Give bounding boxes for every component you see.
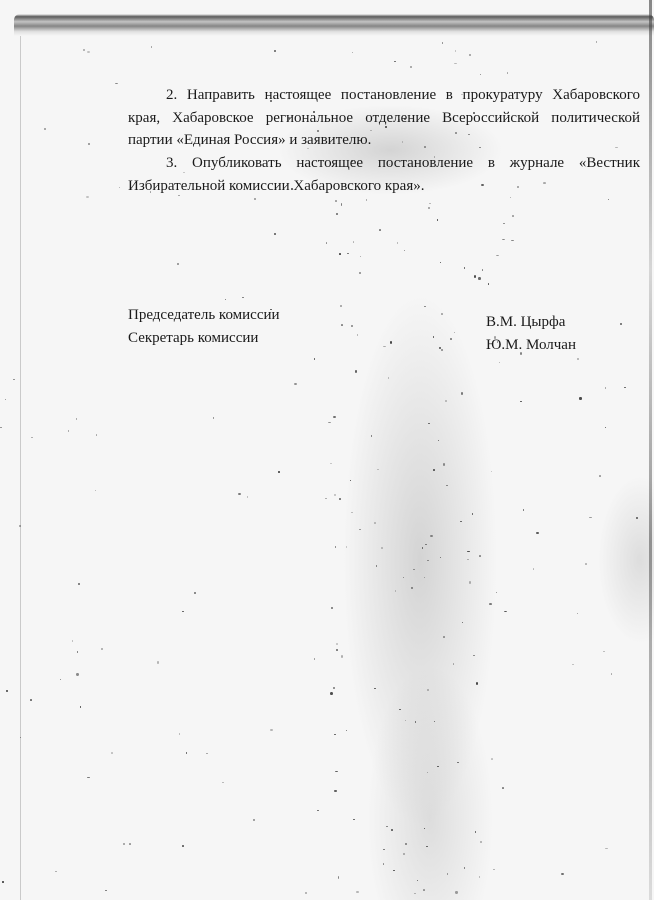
chairman-role-label: Председатель комиссии — [128, 307, 280, 324]
scan-speck — [222, 782, 223, 783]
scan-speck — [405, 720, 406, 722]
scan-speck — [596, 41, 597, 43]
scan-speck — [68, 430, 69, 432]
scan-shadow-band — [14, 14, 654, 36]
scan-speck — [274, 233, 276, 234]
scan-speck — [119, 187, 120, 188]
scan-speck — [383, 346, 385, 347]
scan-speck — [351, 160, 353, 162]
scan-speck — [390, 341, 392, 343]
scan-speck — [388, 377, 390, 379]
scan-speck — [502, 239, 505, 240]
scan-speck — [206, 753, 208, 754]
scan-speck — [336, 649, 338, 650]
scan-speck — [425, 544, 427, 545]
scan-speck — [30, 699, 31, 701]
scan-speck — [225, 299, 226, 300]
scan-speck — [350, 480, 351, 481]
scan-speck — [441, 349, 443, 351]
scan-speck — [359, 529, 361, 530]
scan-speck — [182, 845, 185, 847]
scan-speck — [242, 297, 244, 298]
scan-speck — [475, 831, 477, 833]
scan-speck — [253, 819, 255, 821]
scan-speck — [426, 846, 428, 847]
scan-speck — [620, 323, 622, 325]
scan-speck — [440, 262, 441, 263]
scan-speck — [44, 128, 46, 130]
scan-speck — [494, 336, 496, 338]
scan-speck — [335, 771, 337, 772]
scan-speck — [507, 72, 509, 74]
scan-speck — [355, 370, 357, 372]
scan-speck — [157, 661, 159, 663]
scan-speck — [577, 358, 579, 360]
scan-speck — [473, 655, 475, 656]
scan-speck — [605, 427, 607, 428]
scan-speck — [403, 577, 404, 579]
scan-speck — [440, 557, 441, 558]
scan-speck — [434, 721, 435, 722]
scan-speck — [404, 250, 405, 252]
scan-speck — [599, 475, 600, 477]
scan-speck — [405, 843, 406, 845]
scan-speck — [608, 199, 609, 201]
scan-speck — [472, 513, 474, 515]
scan-speck — [427, 560, 429, 561]
scan-speck — [543, 182, 546, 184]
scan-speck — [504, 611, 506, 612]
scan-speck — [437, 219, 439, 221]
scan-speck — [76, 673, 79, 675]
scan-speck — [502, 787, 504, 789]
scan-speck — [88, 143, 90, 145]
chairman-name: В.М. Цырфа — [486, 314, 565, 331]
scan-speck — [479, 876, 480, 878]
scan-speck — [427, 689, 429, 691]
scan-speck — [433, 469, 435, 471]
scan-speck — [238, 493, 240, 495]
scan-speck — [334, 734, 337, 736]
scan-speck — [336, 643, 338, 645]
scan-speck — [605, 387, 607, 389]
scan-speck — [399, 709, 401, 710]
scan-speck — [414, 893, 416, 895]
scan-speck — [453, 663, 454, 665]
paragraph-line: Избирательной комиссии Хабаровского края… — [128, 175, 640, 198]
scan-speck — [346, 730, 347, 731]
scan-speck — [395, 590, 396, 592]
scan-speck — [377, 469, 379, 470]
scan-speck — [410, 66, 412, 69]
scan-speck — [353, 819, 355, 820]
scan-speck — [520, 352, 522, 355]
scan-speck — [381, 547, 383, 549]
paragraph-line: 3. Опубликовать настоящее постановление … — [128, 152, 640, 175]
scan-speck — [359, 272, 360, 274]
scan-speck — [357, 334, 359, 335]
scan-speck — [330, 463, 332, 465]
scan-speck — [247, 496, 248, 498]
scan-speck — [491, 471, 492, 473]
scan-speck — [340, 305, 342, 307]
paragraph-line: 2. Направить настоящее постановление в п… — [128, 84, 640, 107]
scan-speck — [467, 559, 469, 560]
scan-speck — [464, 867, 466, 869]
scan-speck — [443, 636, 446, 638]
scan-speck — [374, 688, 376, 689]
scan-speck — [457, 762, 459, 763]
scan-speck — [194, 592, 196, 594]
scan-speck — [379, 229, 382, 231]
scan-speck — [415, 721, 416, 724]
scan-speck — [325, 498, 328, 499]
scan-speck — [427, 772, 428, 774]
scan-speck — [536, 532, 538, 534]
scan-speck — [589, 517, 591, 519]
scan-speck — [480, 74, 481, 76]
scan-speck — [333, 416, 335, 418]
scan-speck — [428, 207, 430, 209]
scan-speck — [331, 607, 333, 609]
scan-speck — [636, 517, 638, 519]
scan-speck — [422, 547, 423, 549]
secretary-name: Ю.М. Молчан — [486, 337, 576, 354]
scan-speck — [386, 826, 388, 827]
scan-speck — [488, 283, 489, 285]
scan-speck — [433, 336, 435, 339]
scan-speck — [77, 651, 78, 653]
scan-speck — [96, 434, 97, 436]
scan-right-edge — [649, 0, 652, 900]
scan-speck — [437, 766, 440, 768]
scan-speck — [403, 853, 405, 855]
scan-speck — [178, 195, 179, 196]
scan-speck — [511, 240, 513, 241]
scan-speck — [455, 50, 456, 52]
scan-left-edge — [20, 36, 21, 900]
scan-speck — [445, 400, 447, 402]
scan-speck — [411, 587, 413, 588]
scan-speck — [326, 242, 327, 244]
scan-speck — [424, 146, 426, 147]
scanned-document-page: 2. Направить настоящее постановление в п… — [0, 0, 654, 900]
scan-speck — [123, 843, 125, 845]
scan-speck — [213, 417, 215, 419]
scan-speck — [278, 471, 280, 473]
scan-speck — [294, 383, 297, 385]
scan-speck — [424, 577, 425, 578]
scan-speck — [605, 848, 607, 849]
scan-speck — [461, 392, 463, 394]
scan-speck — [339, 498, 341, 500]
scan-speck — [491, 758, 493, 760]
scan-speck — [177, 263, 179, 265]
scan-speck — [479, 555, 480, 557]
scan-speck — [338, 876, 339, 879]
scan-speck — [105, 890, 107, 892]
scan-speck — [438, 440, 439, 441]
scan-speck — [360, 256, 361, 257]
scan-speck — [469, 54, 471, 56]
scan-speck — [2, 881, 3, 882]
scan-speck — [482, 269, 483, 271]
scan-speck — [78, 583, 80, 584]
scan-speck — [385, 126, 387, 128]
scan-speck — [341, 655, 343, 658]
scan-speck — [86, 196, 88, 198]
scan-speck — [13, 379, 14, 381]
scan-speck — [0, 427, 2, 428]
scan-speck — [19, 525, 21, 528]
scan-speck — [585, 563, 588, 565]
scan-speck — [393, 870, 395, 871]
scan-speck — [424, 306, 426, 307]
scan-speck — [417, 880, 418, 881]
scan-speck — [76, 418, 78, 420]
scan-speck — [334, 790, 336, 791]
scan-speck — [499, 362, 500, 363]
scan-speck — [429, 203, 431, 204]
scan-speck — [335, 546, 336, 548]
scan-speck — [391, 829, 392, 831]
scan-speck — [5, 399, 6, 400]
scan-speck — [101, 648, 103, 650]
scan-speck — [496, 255, 499, 256]
scan-speck — [353, 241, 354, 243]
scan-speck — [447, 873, 448, 876]
scan-speck — [615, 147, 617, 148]
scan-speck — [374, 522, 376, 524]
scan-speck — [455, 891, 457, 893]
scan-speck — [182, 611, 183, 612]
paragraph-item-3: 3. Опубликовать настоящее постановление … — [128, 152, 640, 197]
paragraph-line: края, Хабаровское региональное отделение… — [128, 107, 640, 130]
scan-speck — [341, 324, 343, 326]
scan-speck — [474, 275, 476, 278]
scan-speck — [611, 673, 612, 675]
scan-speck — [270, 100, 272, 102]
scan-speck — [351, 325, 353, 327]
scan-speck — [83, 49, 85, 51]
scan-speck — [179, 733, 181, 736]
scan-speck — [443, 463, 445, 466]
scan-speck — [330, 692, 332, 695]
scan-speck — [423, 889, 425, 891]
scan-speck — [512, 215, 514, 217]
scan-speck — [446, 485, 449, 486]
scan-speck — [428, 423, 430, 424]
scan-speck — [87, 777, 89, 779]
scan-speck — [335, 200, 337, 202]
scan-speck — [450, 338, 452, 340]
scan-speck — [624, 387, 626, 388]
scan-speck — [346, 546, 347, 548]
scan-speck — [371, 435, 373, 437]
scan-speck — [402, 141, 403, 143]
scan-speck — [489, 603, 491, 605]
scan-speck — [424, 828, 425, 829]
scan-speck — [115, 83, 118, 84]
scan-speck — [376, 565, 378, 566]
scan-speck — [60, 679, 61, 680]
scan-speck — [72, 640, 73, 641]
scan-speck — [462, 622, 463, 623]
scan-speck — [339, 253, 341, 255]
scan-speck — [55, 871, 57, 872]
scan-speck — [352, 52, 354, 53]
scan-speck — [467, 551, 469, 553]
scan-speck — [476, 682, 478, 684]
paragraph-line: партии «Единая Россия» и заявителю. — [128, 129, 640, 152]
scan-speck — [454, 332, 455, 333]
scan-speck — [493, 869, 494, 870]
scan-speck — [95, 490, 96, 491]
scan-speck — [87, 51, 89, 53]
scan-speck — [603, 651, 605, 652]
scan-speck — [523, 509, 524, 511]
scan-speck — [334, 494, 337, 496]
scan-speck — [307, 148, 309, 149]
scan-speck — [80, 706, 82, 708]
scan-speck — [460, 521, 462, 522]
scan-speck — [151, 46, 152, 48]
scan-speck — [572, 664, 575, 665]
scan-speck — [314, 358, 315, 360]
scan-speck — [469, 581, 471, 583]
scan-speck — [356, 891, 358, 893]
secretary-role-label: Секретарь комиссии — [128, 330, 258, 347]
scan-speck — [413, 569, 415, 570]
scan-speck — [430, 535, 432, 537]
scan-speck — [478, 277, 480, 280]
scan-speck — [317, 810, 319, 811]
scan-speck — [328, 422, 330, 423]
scan-speck — [274, 50, 276, 52]
scan-speck — [397, 242, 398, 244]
scan-speck — [442, 42, 443, 43]
scan-speck — [464, 267, 465, 268]
scan-speck — [314, 658, 315, 660]
scan-speck — [317, 130, 319, 133]
scan-speck — [333, 687, 334, 689]
scan-speck — [383, 863, 385, 865]
scan-speck — [383, 849, 384, 850]
scan-speck — [6, 690, 8, 692]
scan-speck — [510, 197, 511, 198]
scan-speck — [503, 223, 505, 224]
scan-speck — [561, 873, 563, 875]
scan-speck — [398, 119, 399, 121]
scan-speck — [341, 203, 342, 205]
scan-speck — [473, 112, 475, 114]
scan-speck — [347, 253, 348, 254]
scan-speck — [394, 61, 395, 63]
paragraph-item-2: 2. Направить настоящее постановление в п… — [128, 84, 640, 152]
scan-speck — [579, 397, 581, 399]
scan-speck — [577, 613, 578, 614]
scan-speck — [345, 185, 346, 187]
scan-speck — [129, 843, 131, 845]
scan-speck — [454, 63, 456, 64]
scan-speck — [186, 752, 187, 755]
scan-speck — [31, 437, 33, 438]
scan-speck — [351, 512, 353, 514]
scan-speck — [496, 592, 497, 593]
scan-speck — [254, 198, 255, 200]
scan-speck — [270, 729, 272, 731]
scan-speck — [533, 568, 534, 570]
scan-speck — [111, 752, 113, 754]
scan-speck — [551, 165, 552, 166]
scan-speck — [336, 213, 338, 215]
scan-speck — [520, 401, 522, 402]
scan-speck — [305, 892, 306, 894]
scan-speck — [291, 188, 293, 190]
scan-speck — [366, 199, 367, 200]
scan-speck — [480, 841, 483, 842]
scan-speck — [441, 313, 443, 315]
